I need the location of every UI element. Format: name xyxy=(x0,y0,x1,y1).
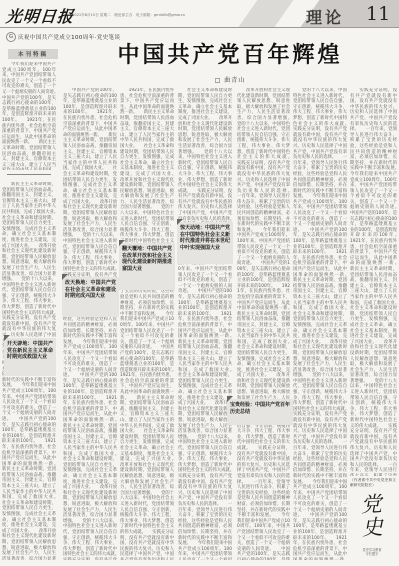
page-number: 11 xyxy=(366,3,390,25)
section-label: 理论 xyxy=(306,5,344,28)
section-marker-icon xyxy=(177,219,183,225)
section-heading-box-5: 宝贵经验：中国共产党百年历史总结 xyxy=(227,399,293,425)
body-column-5: 改革开放和社会主义现代化建设新时期，党团结带领人民解放思想、锐意进取，极大解放和… xyxy=(237,88,290,560)
newspaper-page: 光明日报 2021年6月15日 星期二 理论部主办 电子邮箱：gmrbllb@g… xyxy=(0,0,399,566)
body-column-1-intro: 今年我们迎来中国共产党成立100周年。100年来，中国共产党团结带领人民攻克了一… xyxy=(2,62,56,170)
section-marker-icon xyxy=(227,396,233,402)
column-divider xyxy=(7,174,51,175)
feature-tag: 本刊特稿 xyxy=(8,49,58,59)
party-history-calligraphy: 党史 xyxy=(355,492,388,547)
body-column-6: 党的十八大以来，中国特色社会主义进入新时代，党团结带领人民自信自强、守正创新，统… xyxy=(293,88,347,560)
section-heading-box-3: 翻天覆地：中国共产党在改革开放和社会主义现代化建设新时期推进富国大业 xyxy=(119,243,175,290)
section-heading: 惊天动地：中国共产党在中国特色社会主义新时代推进并将在本世纪中叶实现强国大业 xyxy=(180,225,230,251)
article-author: □ 曲青山 xyxy=(63,75,397,84)
section-heading: 宝贵经验：中国共产党百年历史总结 xyxy=(230,402,290,415)
masthead-rule xyxy=(0,27,399,28)
calligraphy-caption-line2: 专栏题字 xyxy=(346,552,398,556)
section-marker-icon xyxy=(119,240,125,246)
body-column-2: 中国共产党的100年，是矢志践行初心使命的100年，是筚路蓝缕奠基立业的100年… xyxy=(63,88,117,560)
masthead-info-line: 2021年6月15日 星期二 理论部主办 电子邮箱：gmrbllb@gmw.cn xyxy=(72,13,252,18)
anniversary-emblem-icon: G xyxy=(6,32,16,42)
section-heading: 翻天覆地：中国共产党在改革开放和社会主义现代化建设新时期推进富国大业 xyxy=(122,246,172,272)
paper-logo: 光明日报 xyxy=(5,4,75,27)
author-note: （作者系中共中央党史和文献研究院院长） xyxy=(350,478,396,488)
section-heading-box-1: 开天辟地：中国共产党在新民主主义革命时期完成救国大业 xyxy=(4,338,56,376)
article-title: 中国共产党百年辉煌 xyxy=(63,38,397,69)
body-column-4: 社会主义革命和建设时期，党团结带领人民自力更生、发愤图强，完成社会主义革命，确立… xyxy=(178,88,232,560)
section-heading-box-2: 改天换地：中国共产党在社会主义革命和建设时期完成兴国大业 xyxy=(62,277,119,317)
body-column-3: 1921年，在民族内忧外患、社会危机空前深重的背景下，中国共产党应运而生，从此中… xyxy=(120,88,174,560)
body-column-7: 实践充分证明，没有共产党就没有新中国，没有共产党就没有中华民族的伟大复兴。历史和… xyxy=(350,88,397,476)
section-marker-icon xyxy=(62,274,68,280)
calligraphy-caption: 党史学习教育 专栏题字 xyxy=(346,548,398,556)
section-heading: 开天辟地：中国共产党在新民主主义革命时期完成救国大业 xyxy=(7,341,53,360)
section-heading-box-4: 惊天动地：中国共产党在中国特色社会主义新时代推进并将在本世纪中叶实现强国大业 xyxy=(177,222,233,264)
section-marker-icon xyxy=(4,335,10,341)
section-heading: 改天换地：中国共产党在社会主义革命和建设时期完成兴国大业 xyxy=(65,280,116,299)
